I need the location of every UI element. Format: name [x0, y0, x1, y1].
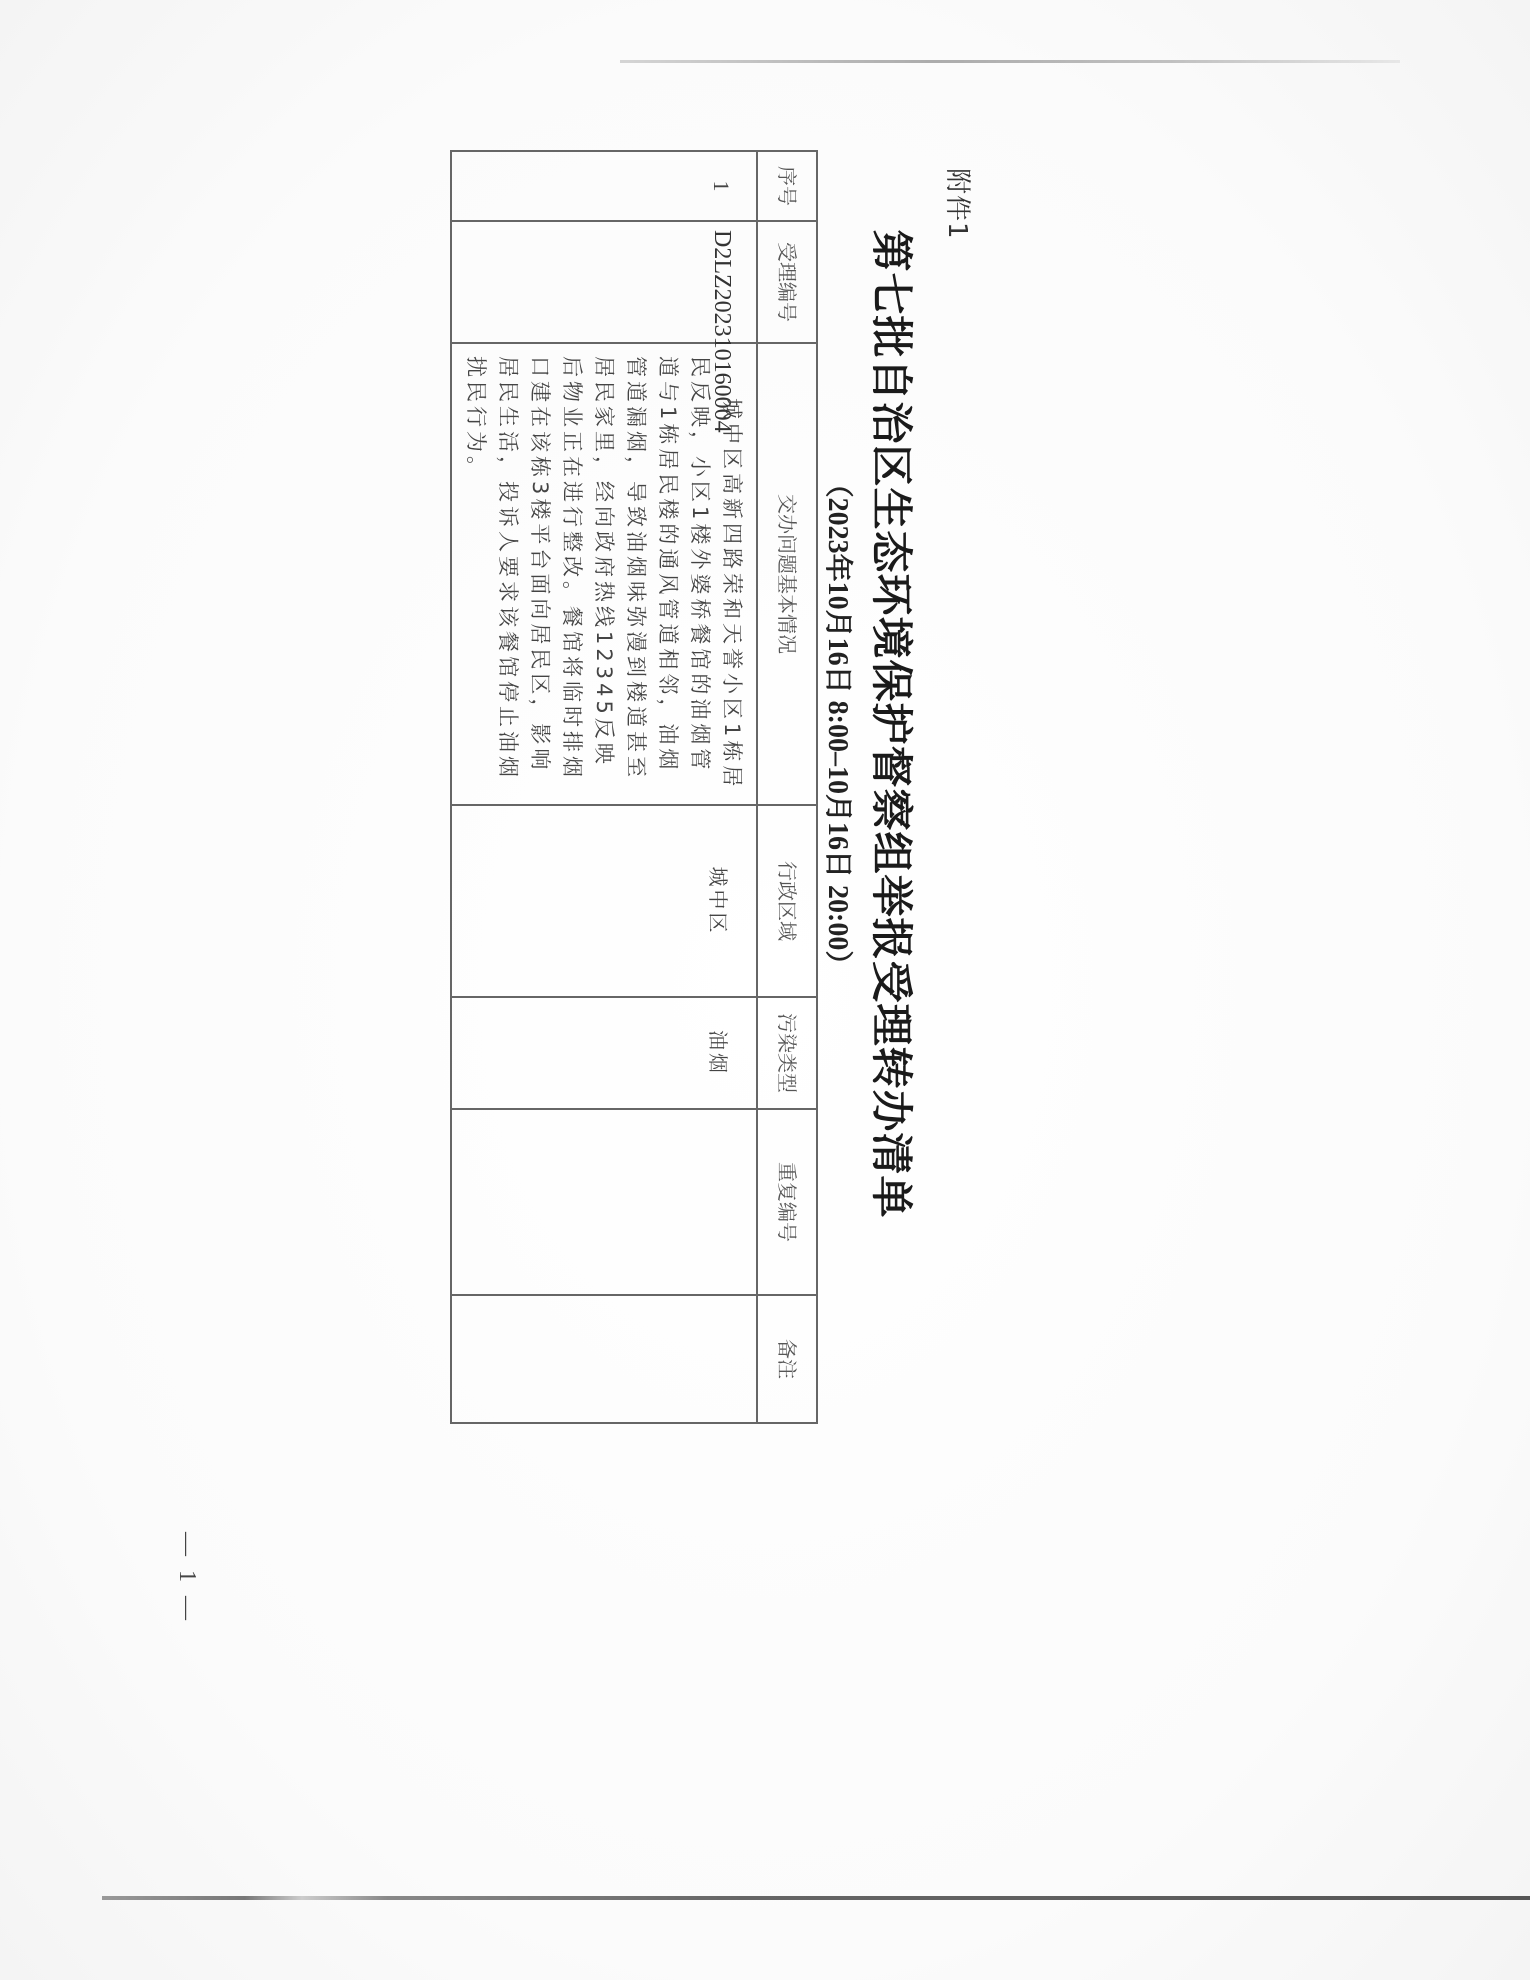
cell-pollution-type: 油烟 — [451, 997, 757, 1109]
table-header-row: 序号 受理编号 交办问题基本情况 行政区域 污染类型 重复编号 备注 — [757, 151, 817, 1423]
scan-edge-shadow — [620, 60, 1400, 63]
document-subtitle: （2023年10月16日 8:00–10月16日 20:00） — [820, 150, 860, 1298]
cell-description: 城中区高新四路荣和天誉小区1栋居民反映，小区1楼外婆桥餐馆的油烟管道与1栋居民楼… — [451, 343, 757, 805]
table-row: 1 D2LZ202310160004 城中区高新四路荣和天誉小区1栋居民反映，小… — [451, 151, 757, 1423]
header-remarks: 备注 — [757, 1295, 817, 1423]
cell-duplicate-id — [451, 1109, 757, 1295]
cell-case-id: D2LZ202310160004 — [451, 221, 757, 343]
complaint-table: 序号 受理编号 交办问题基本情况 行政区域 污染类型 重复编号 备注 1 D2L… — [450, 150, 818, 1424]
cell-seq: 1 — [451, 151, 757, 221]
attachment-label: 附件1 — [941, 168, 978, 240]
header-seq: 序号 — [757, 151, 817, 221]
header-description: 交办问题基本情况 — [757, 343, 817, 805]
scan-edge-line — [102, 1896, 1530, 1900]
header-duplicate-id: 重复编号 — [757, 1109, 817, 1295]
cell-remarks — [451, 1295, 757, 1423]
header-region: 行政区域 — [757, 805, 817, 997]
header-case-id: 受理编号 — [757, 221, 817, 343]
document-page: 附件1 第七批自治区生态环境保护督察组举报受理转办清单 （2023年10月16日… — [0, 0, 1530, 1980]
document-title: 第七批自治区生态环境保护督察组举报受理转办清单 — [864, 150, 924, 1298]
header-pollution-type: 污染类型 — [757, 997, 817, 1109]
cell-region: 城中区 — [451, 805, 757, 997]
page-number: — 1 — — [173, 1532, 200, 1624]
